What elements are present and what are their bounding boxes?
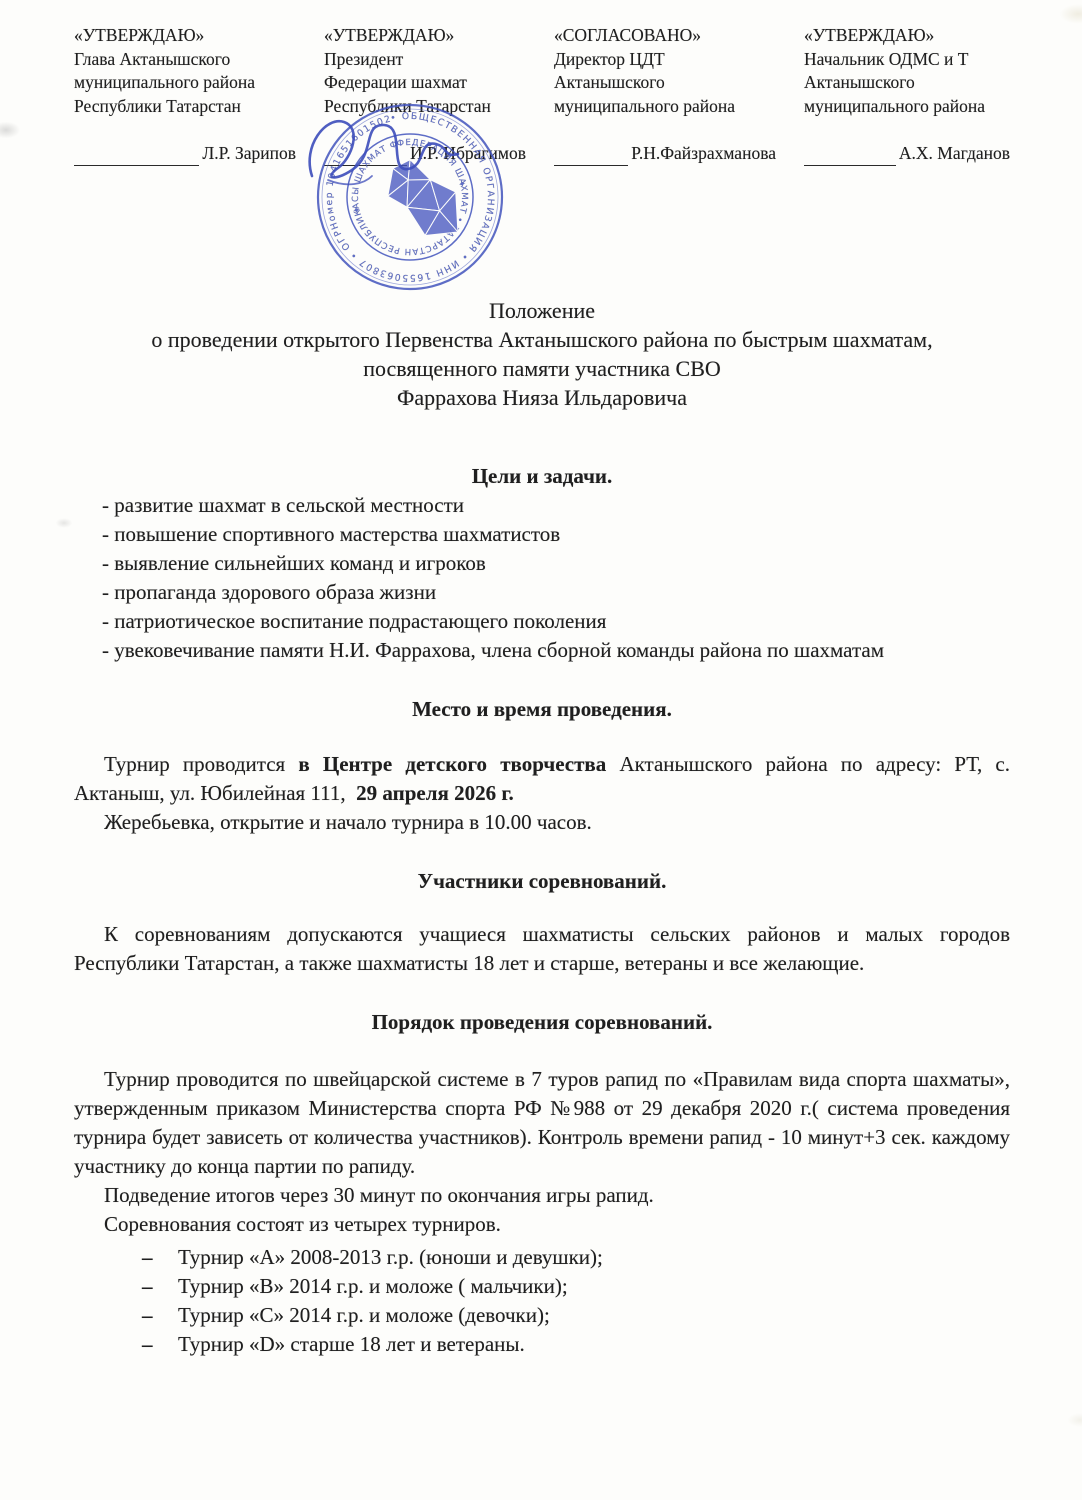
approval-status: «УТВЕРЖДАЮ»: [324, 24, 526, 48]
dash-bullet: –: [142, 1330, 178, 1359]
signature-name: Р.Н.Файзрахманова: [631, 142, 776, 166]
approval-role-line: муниципального района: [804, 95, 1010, 119]
signature-line: [554, 145, 628, 165]
approval-column-glava: «УТВЕРЖДАЮ» Глава Актанышского муниципал…: [74, 24, 296, 166]
signature-row: Л.Р. Зарипов: [74, 142, 296, 166]
tournament-item: –Турнир «D» старше 18 лет и ветераны.: [74, 1330, 1010, 1359]
tournament-item: –Турнир «А» 2008-2013 г.р. (юноши и деву…: [74, 1243, 1010, 1272]
approval-status: «УТВЕРЖДАЮ»: [804, 24, 1010, 48]
venue-paragraph: Турнир проводится в Центре детского твор…: [74, 750, 1010, 808]
signature-line: [74, 145, 199, 165]
goal-item: - выявление сильнейших команд и игроков: [74, 549, 936, 578]
approval-column-nachalnik: «УТВЕРЖДАЮ» Начальник ОДМС и Т Актанышск…: [804, 24, 1010, 166]
venue-run-bold: в Центре детского творчества: [298, 752, 606, 776]
goal-item: - увековечивание памяти Н.И. Фаррахова, …: [74, 636, 936, 665]
approval-status: «УТВЕРЖДАЮ»: [74, 24, 296, 48]
goal-item: - повышение спортивного мастерства шахма…: [74, 520, 936, 549]
section-heading-goals: Цели и задачи.: [74, 462, 1010, 491]
tournament-text: Турнир «А» 2008-2013 г.р. (юноши и девуш…: [178, 1243, 1010, 1272]
tournament-text: Турнир «В» 2014 г.р. и моложе ( мальчики…: [178, 1272, 1010, 1301]
signature-row: Р.Н.Файзрахманова: [554, 142, 776, 166]
title-line: о проведении открытого Первенства Актаны…: [74, 325, 1010, 354]
approval-role-line: Начальник ОДМС и Т: [804, 48, 1010, 72]
signature-ink: [298, 110, 512, 196]
approval-role-line: Президент: [324, 48, 526, 72]
dash-bullet: –: [142, 1272, 178, 1301]
draw-time-paragraph: Жеребьевка, открытие и начало турнира в …: [74, 808, 1010, 837]
approval-role-line: муниципального района: [554, 95, 776, 119]
four-tournaments-paragraph: Соревнования состоят из четырех турниров…: [74, 1210, 1010, 1239]
approval-column-director: «СОГЛАСОВАНО» Директор ЦДТ Актанышского …: [554, 24, 776, 166]
participants-paragraph: К соревнованиям допускаются учащиеся шах…: [74, 920, 1010, 978]
section-heading-venue: Место и время проведения.: [74, 695, 1010, 724]
approval-header: «УТВЕРЖДАЮ» Глава Актанышского муниципал…: [74, 24, 1010, 166]
title-line: Фаррахова Нияза Ильдаровича: [74, 383, 1010, 412]
approval-role-line: Глава Актанышского: [74, 48, 296, 72]
results-paragraph: Подведение итогов через 30 минут по окон…: [74, 1181, 1010, 1210]
approval-role-line: Федерации шахмат: [324, 71, 526, 95]
goal-item: - пропаганда здорового образа жизни: [74, 578, 936, 607]
venue-run: Турнир проводится: [104, 752, 298, 776]
tournament-item: –Турнир «В» 2014 г.р. и моложе ( мальчик…: [74, 1272, 1010, 1301]
approval-role-line: Актанышского: [804, 71, 1010, 95]
approval-role-line: Директор ЦДТ: [554, 48, 776, 72]
tournaments-list: –Турнир «А» 2008-2013 г.р. (юноши и деву…: [74, 1243, 1010, 1359]
tournament-text: Турнир «С» 2014 г.р. и моложе (девочки);: [178, 1301, 1010, 1330]
title-line: Положение: [74, 296, 1010, 325]
procedure-paragraph: Турнир проводится по швейцарской системе…: [74, 1065, 1010, 1181]
goal-item: - развитие шахмат в сельской местности: [74, 491, 936, 520]
approval-role-line: Актанышского: [554, 71, 776, 95]
signature-name: Л.Р. Зарипов: [202, 142, 296, 166]
tournament-text: Турнир «D» старше 18 лет и ветераны.: [178, 1330, 1010, 1359]
scanned-document-page: «УТВЕРЖДАЮ» Глава Актанышского муниципал…: [0, 0, 1082, 1500]
signature-row: А.Х. Магданов: [804, 142, 1010, 166]
goal-item: - патриотическое воспитание подрастающег…: [74, 607, 936, 636]
dash-bullet: –: [142, 1243, 178, 1272]
signature-line: [804, 145, 896, 165]
section-heading-procedure: Порядок проведения соревнований.: [74, 1008, 1010, 1037]
document-title: Положение о проведении открытого Первенс…: [74, 296, 1010, 412]
title-line: посвященного памяти участника СВО: [74, 354, 1010, 383]
dash-bullet: –: [142, 1301, 178, 1330]
approval-role-line: муниципального района: [74, 71, 296, 95]
venue-run-bold: 29 апреля 2026 г.: [356, 781, 514, 805]
approval-role-line: Республики Татарстан: [74, 95, 296, 119]
section-heading-participants: Участники соревнований.: [74, 867, 1010, 896]
approval-status: «СОГЛАСОВАНО»: [554, 24, 776, 48]
signature-name: А.Х. Магданов: [899, 142, 1010, 166]
goals-list: - развитие шахмат в сельской местности -…: [74, 491, 936, 665]
tournament-item: –Турнир «С» 2014 г.р. и моложе (девочки)…: [74, 1301, 1010, 1330]
